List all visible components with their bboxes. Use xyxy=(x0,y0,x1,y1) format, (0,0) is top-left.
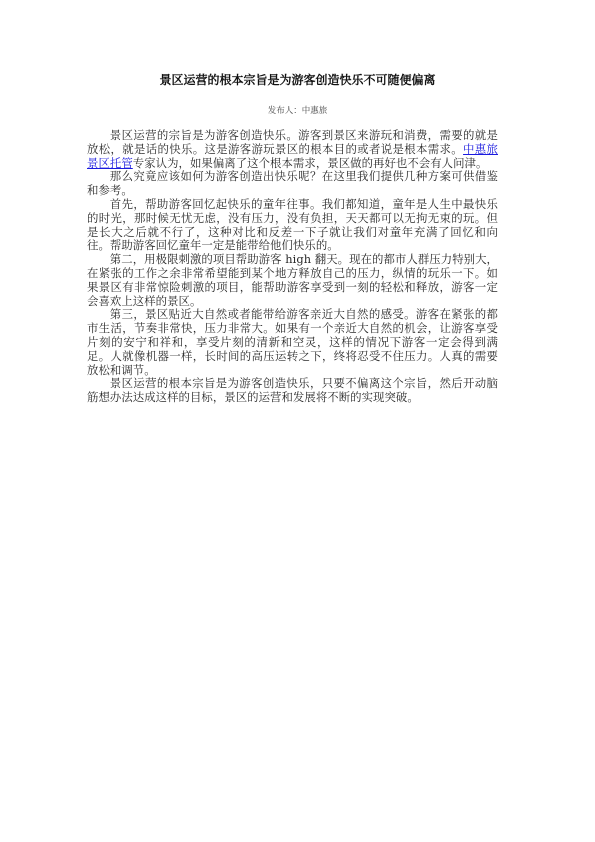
paragraph-3: 首先，帮助游客回忆起快乐的童年往事。我们都知道，童年是人生中最快乐的时光，那时候… xyxy=(87,198,498,253)
paragraph-1-text-before-link: 景区运营的宗旨是为游客创造快乐。游客到景区来游玩和消费，需要的就是放松，就是话的… xyxy=(87,128,498,156)
paragraph-5: 第三，景区贴近大自然或者能带给游客亲近大自然的感受。游客在紧张的都市生活，节奏非… xyxy=(87,308,498,377)
paragraph-1: 景区运营的宗旨是为游客创造快乐。游客到景区来游玩和消费，需要的就是放松，就是话的… xyxy=(87,129,498,170)
byline: 发布人：中惠旅 xyxy=(0,105,595,117)
paragraph-1-text-after-link: 专家认为，如果偏离了这个根本需求，景区做的再好也不会有人问津。 xyxy=(133,156,488,170)
paragraph-2: 那么究竟应该如何为游客创造出快乐呢？在这里我们提供几种方案可供借鉴和参考。 xyxy=(87,170,498,198)
article-body: 景区运营的宗旨是为游客创造快乐。游客到景区来游玩和消费，需要的就是放松，就是话的… xyxy=(87,129,498,405)
document-title: 景区运营的根本宗旨是为游客创造快乐不可随便偏离 xyxy=(0,72,595,88)
paragraph-4: 第二，用极限刺激的项目帮助游客 high 翻天。现在的都市人群压力特别大，在紧张… xyxy=(87,253,498,308)
document-page: 景区运营的根本宗旨是为游客创造快乐不可随便偏离 发布人：中惠旅 景区运营的宗旨是… xyxy=(0,0,595,842)
paragraph-6: 景区运营的根本宗旨是为游客创造快乐，只要不偏离这个宗旨，然后开动脑筋想办法达成这… xyxy=(87,377,498,405)
